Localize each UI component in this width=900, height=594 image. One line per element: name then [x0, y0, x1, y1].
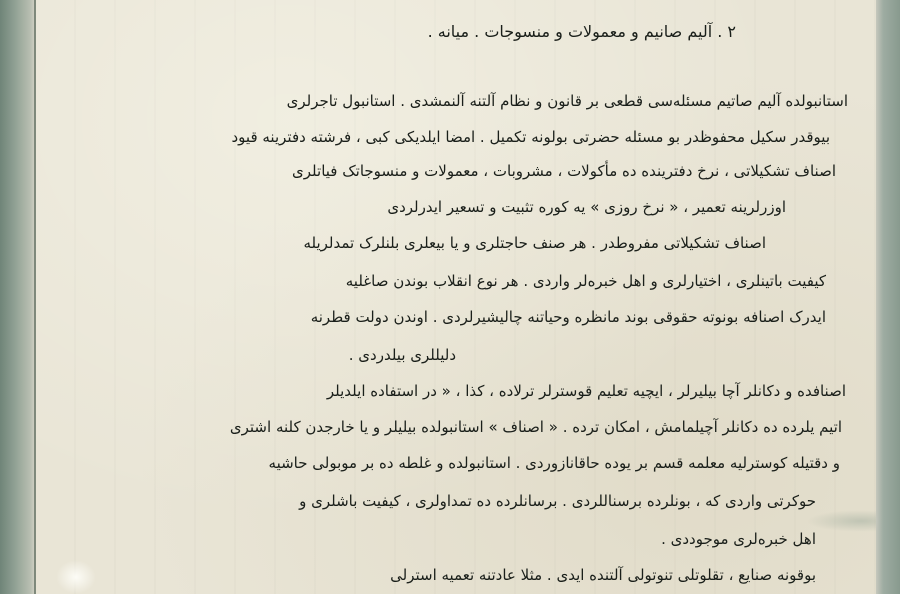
text-line-11: و دقتیله کوسترلیه معلمه قسم بر یوده حاقا…	[40, 454, 840, 472]
text-line-13: اهل خبره‌لری موجوددی .	[516, 530, 816, 548]
text-line-9: اصنافده و دکانلر آچا بیلیرلر ، ایچیه تعل…	[46, 382, 846, 400]
text-line-10: اتیم یلرده ده دکانلر آچیلمامش ، امکان تر…	[42, 418, 842, 436]
heading-line: ٢ . آلیم صانیم و معمولات و منسوجات . میا…	[196, 22, 736, 41]
text-line-1: استانبولده آلیم صاتیم مسئله‌سی قطعی بر ق…	[48, 92, 848, 110]
text-line-3: اصناف تشکیلاتی ، نرخ دفترینده ده مأکولات…	[36, 162, 836, 180]
text-line-6: کیفیت باتینلری ، اختیارلری و اهل خبره‌لر…	[36, 272, 826, 290]
text-line-14: بوقونه صنایع ، تقلوتلی تنوتولی آلتنده ای…	[36, 566, 816, 584]
left-scan-border	[0, 0, 36, 594]
scanned-manuscript-page: ٢ . آلیم صانیم و معمولات و منسوجات . میا…	[0, 0, 900, 594]
text-line-7: ایدرک اصنافه بونوته حقوقی بوند مانظره وح…	[56, 308, 826, 326]
paper-sheet: ٢ . آلیم صانیم و معمولات و منسوجات . میا…	[36, 0, 876, 594]
right-scan-border	[876, 0, 900, 594]
text-line-12: حوکرتی واردی که ، بونلرده برسناللردی . ب…	[36, 492, 816, 510]
text-line-5: اصناف تشکیلاتی مفروطدر . هر صنف حاجتلری …	[46, 234, 766, 252]
text-line-8: دلیللری بیلدردی .	[256, 346, 456, 364]
text-line-4: اوزرلرینه تعمیر ، « نرخ روزی » یه کوره ت…	[86, 198, 786, 216]
text-line-2: بیوقدر سکیل محفوظدر بو مسئله حضرتی بولون…	[40, 128, 830, 146]
